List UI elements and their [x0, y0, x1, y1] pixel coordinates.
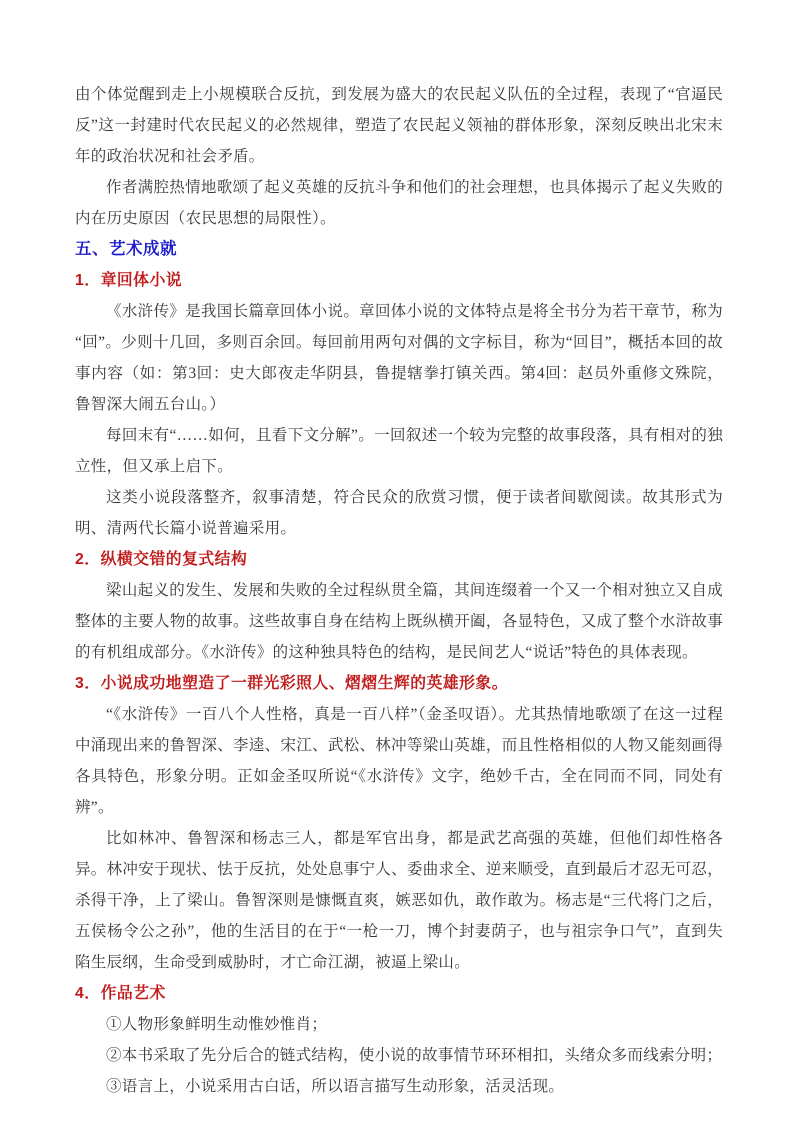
paragraph-linchong-comparison: 比如林冲、鲁智深和杨志三人，都是军官出身，都是武艺高强的英雄，但他们却性格各异。… [75, 823, 723, 978]
document-page: 由个体觉醒到走上小规模联合反抗，到发展为盛大的农民起义队伍的全过程，表现了“官逼… [0, 0, 793, 1122]
subheading-work-art: 4．作品艺术 [75, 978, 723, 1009]
paragraph-character-variety: “《水浒传》一百八个人性格，真是一百八样”（金圣叹语）。尤其热情地歌颂了在这一过… [75, 699, 723, 823]
list-item-language-style: ③语言上，小说采用古白话，所以语言描写生动形象，活灵活现。 [75, 1071, 723, 1102]
list-item-chain-structure: ②本书采取了先分后合的链式结构，使小说的故事情节环环相扣，头绪众多而线索分明； [75, 1040, 723, 1071]
subheading-composite-structure: 2．纵横交错的复式结构 [75, 544, 723, 575]
paragraph-hui-ending: 每回末有“……如何，且看下文分解”。一回叙述一个较为完整的故事段落，具有相对的独… [75, 420, 723, 482]
paragraph-zhanghui-form: 这类小说段落整齐，叙事清楚，符合民众的欣赏习惯，便于读者间歇阅读。故其形式为明、… [75, 482, 723, 544]
subheading-hero-images: 3．小说成功地塑造了一群光彩照人、熠熠生辉的英雄形象。 [75, 668, 723, 699]
section-heading-art-achievements: 五、艺术成就 [75, 234, 723, 265]
paragraph-zhanghui-intro: 《水浒传》是我国长篇章回体小说。章回体小说的文体特点是将全书分为若干章节，称为“… [75, 296, 723, 420]
paragraph-author-praise: 作者满腔热情地歌颂了起义英雄的反抗斗争和他们的社会理想，也具体揭示了起义失败的内… [75, 172, 723, 234]
paragraph-overview-continued: 由个体觉醒到走上小规模联合反抗，到发展为盛大的农民起义队伍的全过程，表现了“官逼… [75, 79, 723, 172]
subheading-zhanghui-novel: 1．章回体小说 [75, 265, 723, 296]
list-item-character-vivid: ①人物形象鲜明生动惟妙惟肖； [75, 1009, 723, 1040]
paragraph-structure: 梁山起义的发生、发展和失败的全过程纵贯全篇，其间连缀着一个又一个相对独立又自成整… [75, 575, 723, 668]
